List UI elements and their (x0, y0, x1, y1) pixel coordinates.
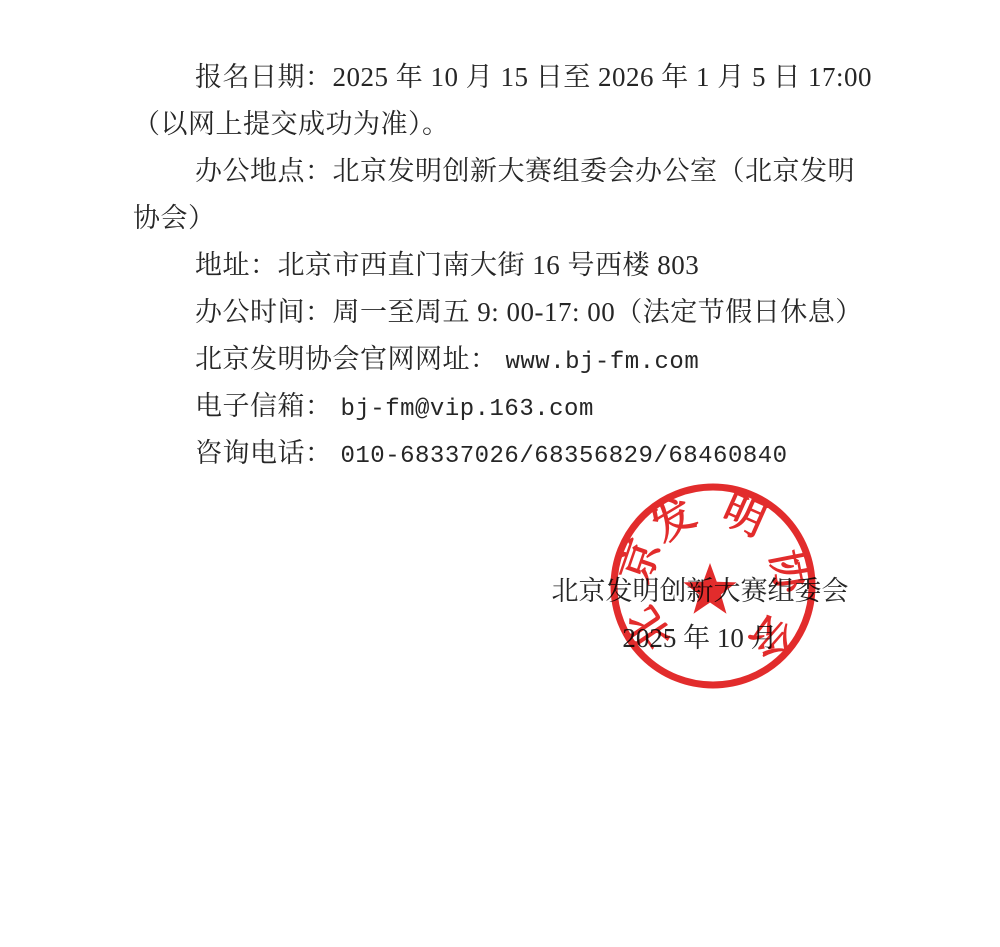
document-line: 办公地点：北京发明创新大赛组委会办公室（北京发明 (133, 148, 893, 195)
document-body: 报名日期：2025 年 10 月 15 日至 2026 年 1 月 5 日 17… (133, 54, 893, 477)
document-text: 地址：北京市西直门南大街 16 号西楼 803 (195, 250, 699, 280)
signature-org: 北京发明创新大赛组委会 (540, 568, 860, 615)
document-text-mono: 010-68337026/68356829/68460840 (341, 443, 788, 470)
document-text: 办公地点：北京发明创新大赛组委会办公室（北京发明 (195, 156, 855, 186)
document-line: 北京发明协会官网网址：www.bj-fm.com (133, 336, 893, 383)
document-text: 咨询电话： (195, 438, 333, 468)
document-line: 办公时间：周一至周五 9: 00-17: 00（法定节假日休息） (133, 289, 893, 336)
signature-date: 2025 年 10 月 (540, 615, 860, 662)
document-text: 办公时间：周一至周五 9: 00-17: 00（法定节假日休息） (195, 297, 863, 327)
document-text: 报名日期：2025 年 10 月 15 日至 2026 年 1 月 5 日 17… (195, 62, 872, 92)
document-text: 电子信箱： (195, 391, 333, 421)
document-line: （以网上提交成功为准）。 (133, 101, 893, 148)
document-text: （以网上提交成功为准）。 (133, 109, 450, 139)
signature-block: 北京发明创新大赛组委会 2025 年 10 月 (540, 568, 860, 662)
document-text-mono: www.bj-fm.com (506, 349, 700, 376)
seal-character: 明 (715, 487, 772, 546)
document-line: 电子信箱：bj-fm@vip.163.com (133, 383, 893, 430)
document-page: 报名日期：2025 年 10 月 15 日至 2026 年 1 月 5 日 17… (0, 0, 1000, 947)
document-text: 协会） (133, 203, 216, 233)
document-line: 咨询电话：010-68337026/68356829/68460840 (133, 430, 893, 477)
document-line: 地址：北京市西直门南大街 16 号西楼 803 (133, 242, 893, 289)
document-text-mono: bj-fm@vip.163.com (341, 396, 594, 423)
document-line: 报名日期：2025 年 10 月 15 日至 2026 年 1 月 5 日 17… (133, 54, 893, 101)
document-line: 协会） (133, 195, 893, 242)
seal-character: 发 (644, 490, 704, 552)
document-text: 北京发明协会官网网址： (195, 344, 498, 374)
